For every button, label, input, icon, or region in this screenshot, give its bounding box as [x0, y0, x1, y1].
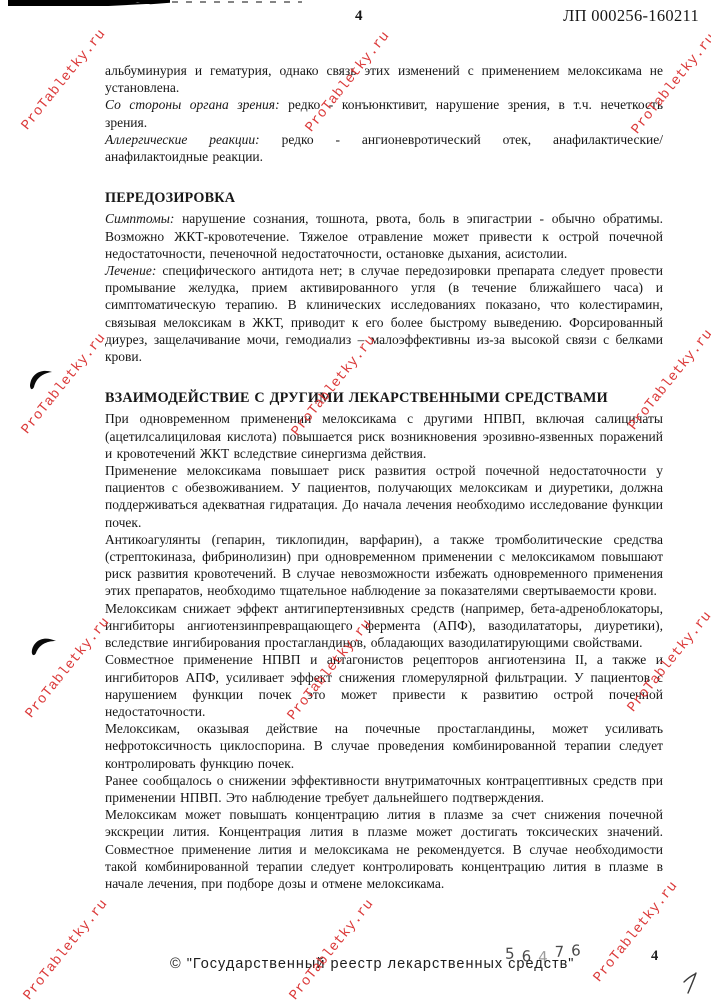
header-page-number: 4 [355, 8, 363, 25]
watermark-text: ProTabletky.ru [21, 897, 112, 1000]
scan-artifact-bar [8, 0, 170, 6]
paragraph: Мелоксикам снижает эффект антигипертензи… [105, 600, 663, 652]
paragraph-lead: Симптомы: [105, 211, 174, 226]
stamp-digit: 6 [571, 941, 581, 959]
document-page: 4 ЛП 000256-160211 альбуминурия и гемату… [0, 0, 711, 1000]
footer-page-number: 4 [651, 948, 658, 965]
stamp-digit: 6 [521, 947, 531, 965]
section-heading: ПЕРЕДОЗИРОВКА [105, 190, 663, 207]
paragraph-lead: Со стороны органа зрения: [105, 97, 280, 112]
paragraph-text: При одновременном применении мелоксикама… [105, 411, 663, 460]
paragraph: Антикоагулянты (гепарин, тиклопидин, вар… [105, 531, 663, 600]
paragraph: Аллергические реакции: редко - ангионевр… [105, 131, 663, 165]
paragraph-text: нарушение сознания, тошнота, рвота, боль… [105, 211, 663, 260]
paragraph: Ранее сообщалось о снижении эффективност… [105, 772, 663, 806]
ink-blob-artifact [29, 634, 61, 660]
paragraph: альбуминурия и гематурия, однако связь э… [105, 62, 663, 96]
paragraph: Мелоксикам может повышать концентрацию л… [105, 806, 663, 892]
paragraph-text: Применение мелоксикама повышает риск раз… [105, 463, 663, 530]
stamp-digit: 5 [505, 945, 515, 963]
watermark-text: ProTabletky.ru [287, 897, 378, 1000]
paragraph: Применение мелоксикама повышает риск раз… [105, 462, 663, 531]
scan-artifact-speckles [172, 1, 302, 3]
paragraph-text: Мелоксикам может повышать концентрацию л… [105, 807, 663, 891]
paragraph-text: специфического антидота нет; в случае пе… [105, 263, 663, 364]
header-doc-number: ЛП 000256-160211 [563, 6, 699, 26]
handwritten-mark [682, 970, 702, 996]
paragraph: Со стороны органа зрения: редко - конъюн… [105, 96, 663, 130]
section-heading: ВЗАИМОДЕЙСТВИЕ С ДРУГИМИ ЛЕКАРСТВЕННЫМИ … [105, 390, 663, 407]
stamp-digit: 4 [538, 948, 548, 966]
stamp-number: 56476 [505, 943, 588, 962]
paragraph: Симптомы: нарушение сознания, тошнота, р… [105, 210, 663, 262]
paragraph-text: Мелоксикам, оказывая действие на почечны… [105, 721, 663, 770]
paragraph: Мелоксикам, оказывая действие на почечны… [105, 720, 663, 772]
paragraph-text: Совместное применение НПВП и антагонисто… [105, 652, 663, 719]
paragraph-text: Мелоксикам снижает эффект антигипертензи… [105, 601, 663, 650]
paragraph-text: Ранее сообщалось о снижении эффективност… [105, 773, 663, 805]
paragraph-lead: Лечение: [105, 263, 156, 278]
ink-blob-artifact [27, 366, 57, 394]
paragraph: Совместное применение НПВП и антагонисто… [105, 651, 663, 720]
paragraph: Лечение: специфического антидота нет; в … [105, 262, 663, 365]
paragraph-text: Антикоагулянты (гепарин, тиклопидин, вар… [105, 532, 663, 599]
watermark-text: ProTabletky.ru [23, 615, 114, 722]
paragraph: При одновременном применении мелоксикама… [105, 410, 663, 462]
stamp-digit: 7 [554, 943, 564, 961]
watermark-text: ProTabletky.ru [19, 27, 110, 134]
watermark-text: ProTabletky.ru [591, 879, 682, 986]
paragraph-text: альбуминурия и гематурия, однако связь э… [105, 63, 663, 95]
document-body: альбуминурия и гематурия, однако связь э… [105, 62, 663, 892]
paragraph-lead: Аллергические реакции: [105, 132, 260, 147]
